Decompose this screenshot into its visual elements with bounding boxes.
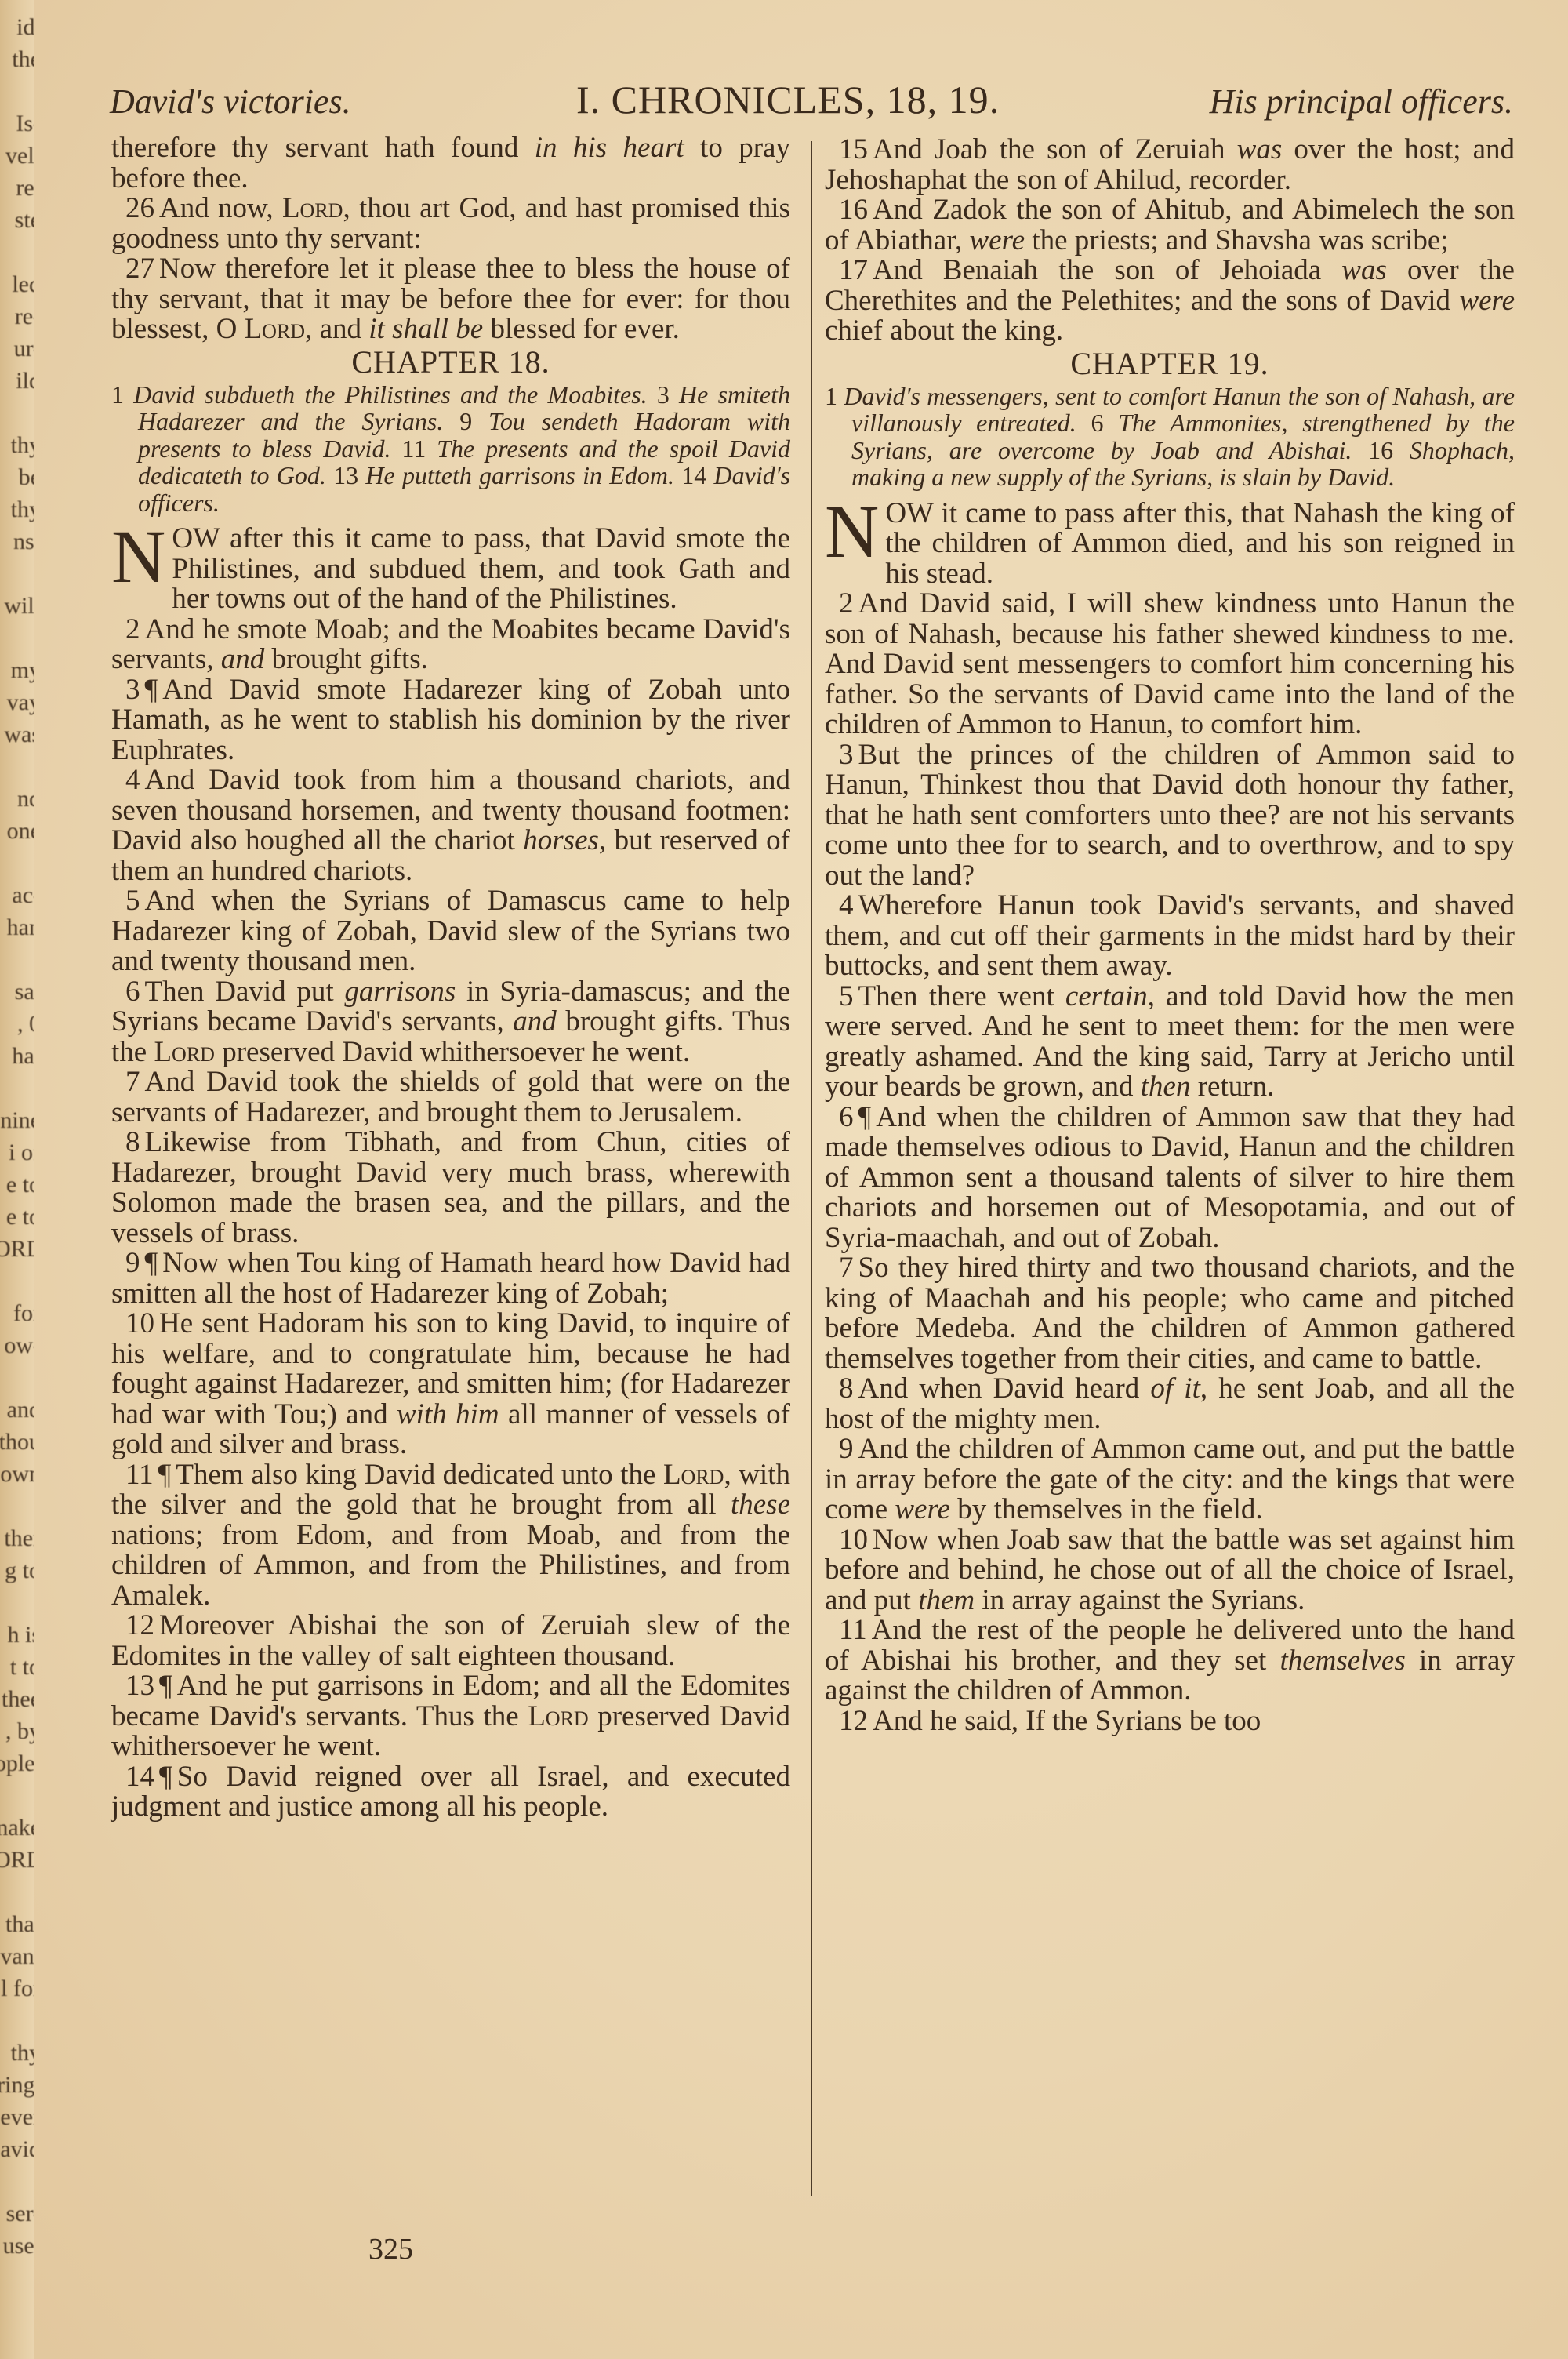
adjacent-page-text-fragment: Is- xyxy=(0,112,34,136)
verse-number: 17 xyxy=(839,254,868,286)
verse-number: 8 xyxy=(839,1372,854,1405)
pilcrow-icon: ¶ xyxy=(145,674,158,706)
adjacent-page-text-fragment: led xyxy=(0,273,34,296)
verse-17: 17And Benaiah the son of Jehoiada was ov… xyxy=(825,256,1515,347)
summary-verse-number: 6 xyxy=(1076,409,1118,437)
verse-text: Likewise from Tibhath, and from Chun, ci… xyxy=(111,1126,790,1249)
summary-text: David subdueth the Philistines and the M… xyxy=(133,380,647,409)
verse-13: 13¶And he put garrisons in Edom; and all… xyxy=(111,1671,790,1762)
verse-number: 10 xyxy=(125,1307,154,1339)
verse-4: 4Wherefore Hanun took David's servants, … xyxy=(825,891,1515,982)
italic-supplied-word: certain xyxy=(1065,980,1148,1012)
adjacent-page-text-fragment: will xyxy=(0,594,34,618)
italic-supplied-word: horses xyxy=(523,824,599,856)
divine-name: Lord xyxy=(154,1036,215,1068)
summary-verse-number: 16 xyxy=(1352,436,1409,464)
header-left-topic: David's victories. xyxy=(110,82,351,122)
verse-text: So David reigned over all Israel, and ex… xyxy=(111,1761,790,1823)
verse-number: 3 xyxy=(125,674,140,706)
verse-number: 3 xyxy=(839,739,854,771)
adjacent-page-text-fragment: ople, xyxy=(0,1752,34,1776)
right-column: 15And Joab the son of Zeruiah was over t… xyxy=(825,135,1515,1736)
italic-supplied-word: in his heart xyxy=(535,132,684,164)
verse-number: 27 xyxy=(125,253,154,285)
summary-verse-number: 9 xyxy=(443,407,488,435)
adjacent-page-text-fragment: thy xyxy=(0,498,34,522)
verse-text: Them also king David dedicated unto the xyxy=(176,1459,663,1491)
summary-verse-number: 14 xyxy=(674,461,714,489)
adjacent-page-text-fragment: t to xyxy=(0,1656,34,1679)
italic-supplied-word: and xyxy=(221,643,265,675)
verse-8: 8And when David heard of it, he sent Joa… xyxy=(825,1374,1515,1434)
adjacent-page-text-fragment: ring, xyxy=(0,2074,34,2097)
adjacent-page-text-fragment: my xyxy=(0,659,34,682)
verse-text: And now, xyxy=(159,192,282,224)
italic-supplied-word: were xyxy=(895,1493,950,1525)
adjacent-page-text-fragment: ORD, xyxy=(0,1848,34,1872)
italic-supplied-word: then xyxy=(1141,1070,1191,1103)
verse-text: And David took the shields of gold that … xyxy=(111,1066,790,1129)
adjacent-page-text-fragment: avid xyxy=(0,2138,34,2161)
adjacent-page-text-fragment: ther xyxy=(0,1527,34,1550)
divine-name: Lord xyxy=(282,192,343,224)
adjacent-page-text-fragment: the xyxy=(0,48,34,71)
verse-text: by themselves in the field. xyxy=(950,1493,1263,1525)
verse-5: 5Then there went certain, and told David… xyxy=(825,982,1515,1103)
adjacent-page-text-fragment: hat xyxy=(0,1045,34,1068)
verse-number: 13 xyxy=(125,1670,154,1702)
italic-supplied-word: them xyxy=(918,1584,975,1616)
verse-text: in array against the Syrians. xyxy=(975,1584,1305,1616)
adjacent-page-text-fragment: nake xyxy=(0,1816,34,1840)
adjacent-page-text-fragment: g to xyxy=(0,1559,34,1583)
adjacent-page-text-fragment: ever xyxy=(0,2106,34,2129)
verse-text: , and xyxy=(305,313,368,345)
verse-4: 4And David took from him a thousand char… xyxy=(111,765,790,886)
verse-number: 26 xyxy=(125,192,154,224)
adjacent-page-text-fragment: own xyxy=(0,1463,34,1486)
italic-supplied-word: these xyxy=(731,1488,790,1521)
adjacent-page-text-fragment: vell xyxy=(0,144,34,168)
divine-name: Lord xyxy=(663,1459,724,1491)
column-divider-rule xyxy=(811,141,812,2196)
italic-supplied-word: of it xyxy=(1150,1372,1200,1405)
verse-6: 6Then David put garrisons in Syria-damas… xyxy=(111,977,790,1068)
verse-number: 5 xyxy=(839,980,854,1012)
verse-text: blessed for ever. xyxy=(483,313,680,345)
verse-2: 2And David said, I will shew kindness un… xyxy=(825,589,1515,740)
verse-number: 15 xyxy=(839,133,868,165)
verse-text: chief about the king. xyxy=(825,314,1063,347)
pilcrow-icon: ¶ xyxy=(159,1670,172,1702)
verse-27: 27Now therefore let it please thee to bl… xyxy=(111,254,790,345)
adjacent-page-text-fragment: thee xyxy=(0,1688,34,1711)
verse-number: 2 xyxy=(839,587,854,620)
adjacent-page-text-fragment: ser- xyxy=(0,2202,34,2226)
adjacent-page-text-fragment: thy xyxy=(0,2041,34,2065)
italic-supplied-word: themselves xyxy=(1279,1645,1405,1677)
pilcrow-icon: ¶ xyxy=(158,1459,172,1491)
chapter-opening-verse: NOW it came to pass after this, that Nah… xyxy=(825,499,1515,590)
adjacent-page-text-fragment: , by xyxy=(0,1720,34,1743)
verse-6: 6¶And when the children of Ammon saw tha… xyxy=(825,1103,1515,1254)
summary-verse-number: 11 xyxy=(390,434,437,463)
adjacent-page-text-fragment: thou xyxy=(0,1430,34,1454)
verse-number: 16 xyxy=(839,194,868,226)
verse-12: 12And he said, If the Syrians be too xyxy=(825,1707,1515,1737)
verse-text: And David said, I will shew kindness unt… xyxy=(825,587,1515,740)
italic-supplied-word: it shall be xyxy=(368,313,483,345)
verse-text: And Joab the son of Zeruiah xyxy=(873,133,1237,165)
verse-number: 10 xyxy=(839,1524,868,1556)
verse-10: 10Now when Joab saw that the battle was … xyxy=(825,1525,1515,1616)
italic-supplied-word: were xyxy=(970,224,1025,256)
verse-text: And David smote Hadarezer king of Zobah … xyxy=(111,674,790,766)
adjacent-page-text-fragment: i of xyxy=(0,1141,34,1165)
verse-continuation: therefore thy servant hath found in his … xyxy=(111,133,790,194)
adjacent-page-text-fragment: thy xyxy=(0,434,34,457)
verse-3: 3¶And David smote Hadarezer king of Zoba… xyxy=(111,675,790,766)
verse-text: And when the children of Ammon saw that … xyxy=(825,1101,1515,1254)
verse-text: And when the Syrians of Damascus came to… xyxy=(111,885,790,977)
adjacent-page-text-fragment: was xyxy=(0,723,34,747)
adjacent-page-text-fragment: nd xyxy=(0,787,34,811)
summary-verse-number: 13 xyxy=(326,461,366,489)
verse-text: nations; from Edom, and from Moab, and f… xyxy=(111,1519,790,1612)
verse-10: 10He sent Hadoram his son to king David,… xyxy=(111,1309,790,1460)
adjacent-page-text-fragment: ORD xyxy=(0,1238,34,1261)
verse-text: the priests; and Shavsha was scribe; xyxy=(1025,224,1449,256)
italic-supplied-word: were xyxy=(1459,285,1515,317)
verse-7: 7So they hired thirty and two thousand c… xyxy=(825,1253,1515,1374)
adjacent-page-text-fragment: one xyxy=(0,820,34,843)
adjacent-page-text-fragment: vant xyxy=(0,1945,34,1968)
adjacent-page-text-fragment: for xyxy=(0,1302,34,1325)
verse-14: 14¶So David reigned over all Israel, and… xyxy=(111,1762,790,1823)
adjacent-page-text-fragment: re- xyxy=(0,305,34,329)
chapter-heading: CHAPTER 19. xyxy=(825,347,1515,381)
pilcrow-icon: ¶ xyxy=(858,1101,872,1133)
verse-text: preserved David whithersoever he went. xyxy=(215,1036,690,1068)
drop-cap-initial: N xyxy=(825,502,879,562)
adjacent-page-text-fragment: sat xyxy=(0,980,34,1004)
summary-verse-number: 1 xyxy=(111,380,133,409)
verse-text: return. xyxy=(1190,1070,1274,1103)
adjacent-page-text-fragment: ow- xyxy=(0,1334,34,1358)
verse-text: therefore thy servant hath found xyxy=(111,132,535,164)
adjacent-page-text-fragment: nine xyxy=(0,1109,34,1132)
verse-number: 11 xyxy=(839,1614,867,1646)
verse-number: 12 xyxy=(839,1705,868,1737)
pilcrow-icon: ¶ xyxy=(145,1247,158,1279)
verse-number: 4 xyxy=(125,764,140,796)
verse-text: Then there went xyxy=(858,980,1065,1012)
verse-number: 12 xyxy=(125,1609,154,1641)
verse-11: 11¶Them also king David dedicated unto t… xyxy=(111,1460,790,1612)
verse-text: OW after this it came to pass, that Davi… xyxy=(172,522,790,615)
header-book-chapter: I. CHRONICLES, 18, 19. xyxy=(576,77,1000,122)
adjacent-page-text-fragment: ns; xyxy=(0,530,34,554)
italic-supplied-word: with him xyxy=(397,1398,499,1430)
verse-number: 8 xyxy=(125,1126,140,1158)
verse-text: And he said, If the Syrians be too xyxy=(873,1705,1261,1737)
verse-15: 15And Joab the son of Zeruiah was over t… xyxy=(825,135,1515,195)
verse-text: Moreover Abishai the son of Zeruiah slew… xyxy=(111,1609,790,1672)
verse-number: 6 xyxy=(125,976,140,1008)
verse-16: 16And Zadok the son of Ahitub, and Abime… xyxy=(825,195,1515,256)
verse-7: 7And David took the shields of gold that… xyxy=(111,1067,790,1128)
verse-11: 11And the rest of the people he delivere… xyxy=(825,1616,1515,1707)
verse-5: 5And when the Syrians of Damascus came t… xyxy=(111,886,790,977)
adjacent-page-text-fragment: and xyxy=(0,1398,34,1422)
left-column: therefore thy servant hath found in his … xyxy=(111,133,790,1823)
drop-cap-initial: N xyxy=(111,527,165,587)
adjacent-page-text-fragment: use: xyxy=(0,2234,34,2258)
adjacent-page-text-fragment: vay xyxy=(0,691,34,714)
verse-text: brought gifts. xyxy=(264,643,428,675)
verse-number: 9 xyxy=(125,1247,140,1279)
verse-number: 6 xyxy=(839,1101,854,1133)
verse-text: So they hired thirty and two thousand ch… xyxy=(825,1252,1515,1375)
chapter-summary: 1 David subdueth the Philistines and the… xyxy=(111,381,790,517)
verse-number: 9 xyxy=(839,1433,854,1465)
adjacent-page-text-fragment: be xyxy=(0,466,34,489)
adjacent-page-edge: id,theIs-vellre;steledre-ur-ildthybethyn… xyxy=(0,0,34,2359)
adjacent-page-text-fragment: ste xyxy=(0,209,34,232)
italic-supplied-word: was xyxy=(1237,133,1283,165)
chapter-heading: CHAPTER 18. xyxy=(111,345,790,380)
verse-8: 8Likewise from Tibhath, and from Chun, c… xyxy=(111,1128,790,1249)
verse-number: 2 xyxy=(125,613,140,645)
adjacent-page-text-fragment: e to xyxy=(0,1205,34,1229)
verse-12: 12Moreover Abishai the son of Zeruiah sl… xyxy=(111,1611,790,1671)
adjacent-page-text-fragment: l for xyxy=(0,1977,34,2001)
verse-text: And Benaiah the son of Jehoiada xyxy=(873,254,1341,286)
verse-number: 14 xyxy=(125,1761,154,1793)
header-right-topic: His principal officers. xyxy=(1210,82,1513,122)
italic-supplied-word: garrisons xyxy=(344,976,456,1008)
verse-text: And he smote Moab; and the Moabites beca… xyxy=(111,613,790,676)
summary-text: He putteth garrisons in Edom. xyxy=(365,461,674,489)
divine-name: Lord xyxy=(245,313,306,345)
summary-verse-number: 1 xyxy=(825,382,844,410)
pilcrow-icon: ¶ xyxy=(159,1761,172,1793)
verse-text: Wherefore Hanun took David's servants, a… xyxy=(825,889,1515,982)
verse-number: 11 xyxy=(125,1459,154,1491)
verse-number: 7 xyxy=(125,1066,140,1098)
divine-name: Lord xyxy=(528,1700,589,1732)
adjacent-page-text-fragment: ur- xyxy=(0,337,34,361)
verse-3: 3But the princes of the children of Ammo… xyxy=(825,740,1515,892)
book-page: id,theIs-vellre;steledre-ur-ildthybethyn… xyxy=(0,0,1568,2359)
page-number: 325 xyxy=(368,2232,413,2266)
verse-9: 9¶Now when Tou king of Hamath heard how … xyxy=(111,1249,790,1309)
adjacent-page-text-fragment: re; xyxy=(0,176,34,200)
verse-26: 26And now, Lord, thou art God, and hast … xyxy=(111,194,790,254)
adjacent-page-text-fragment: e to xyxy=(0,1173,34,1197)
adjacent-page-text-fragment: h is xyxy=(0,1623,34,1647)
adjacent-page-text-fragment: , 0 xyxy=(0,1012,34,1036)
chapter-opening-verse: NOW after this it came to pass, that Dav… xyxy=(111,524,790,615)
verse-2: 2And he smote Moab; and the Moabites bec… xyxy=(111,615,790,675)
adjacent-page-text-fragment: that xyxy=(0,1913,34,1936)
verse-text: Then David put xyxy=(145,976,345,1008)
chapter-summary: 1 David's messengers, sent to comfort Ha… xyxy=(825,383,1515,491)
adjacent-page-text-fragment: han xyxy=(0,916,34,940)
adjacent-page-text-fragment: id, xyxy=(0,16,34,39)
verse-text: But the princes of the children of Ammon… xyxy=(825,739,1515,892)
verse-number: 5 xyxy=(125,885,140,917)
verse-9: 9And the children of Ammon came out, and… xyxy=(825,1434,1515,1525)
adjacent-page-text-fragment: ild xyxy=(0,369,34,393)
verse-text: Now when Tou king of Hamath heard how Da… xyxy=(111,1247,790,1310)
running-header: David's victories. I. CHRONICLES, 18, 19… xyxy=(110,77,1513,132)
verse-text: And when David heard xyxy=(858,1372,1151,1405)
verse-number: 4 xyxy=(839,889,854,921)
summary-verse-number: 3 xyxy=(648,380,679,409)
italic-supplied-word: was xyxy=(1341,254,1387,286)
italic-supplied-word: and xyxy=(513,1005,557,1038)
verse-text: OW it came to pass after this, that Naha… xyxy=(885,497,1515,590)
adjacent-page-text-fragment: ac- xyxy=(0,884,34,907)
verse-number: 7 xyxy=(839,1252,854,1284)
